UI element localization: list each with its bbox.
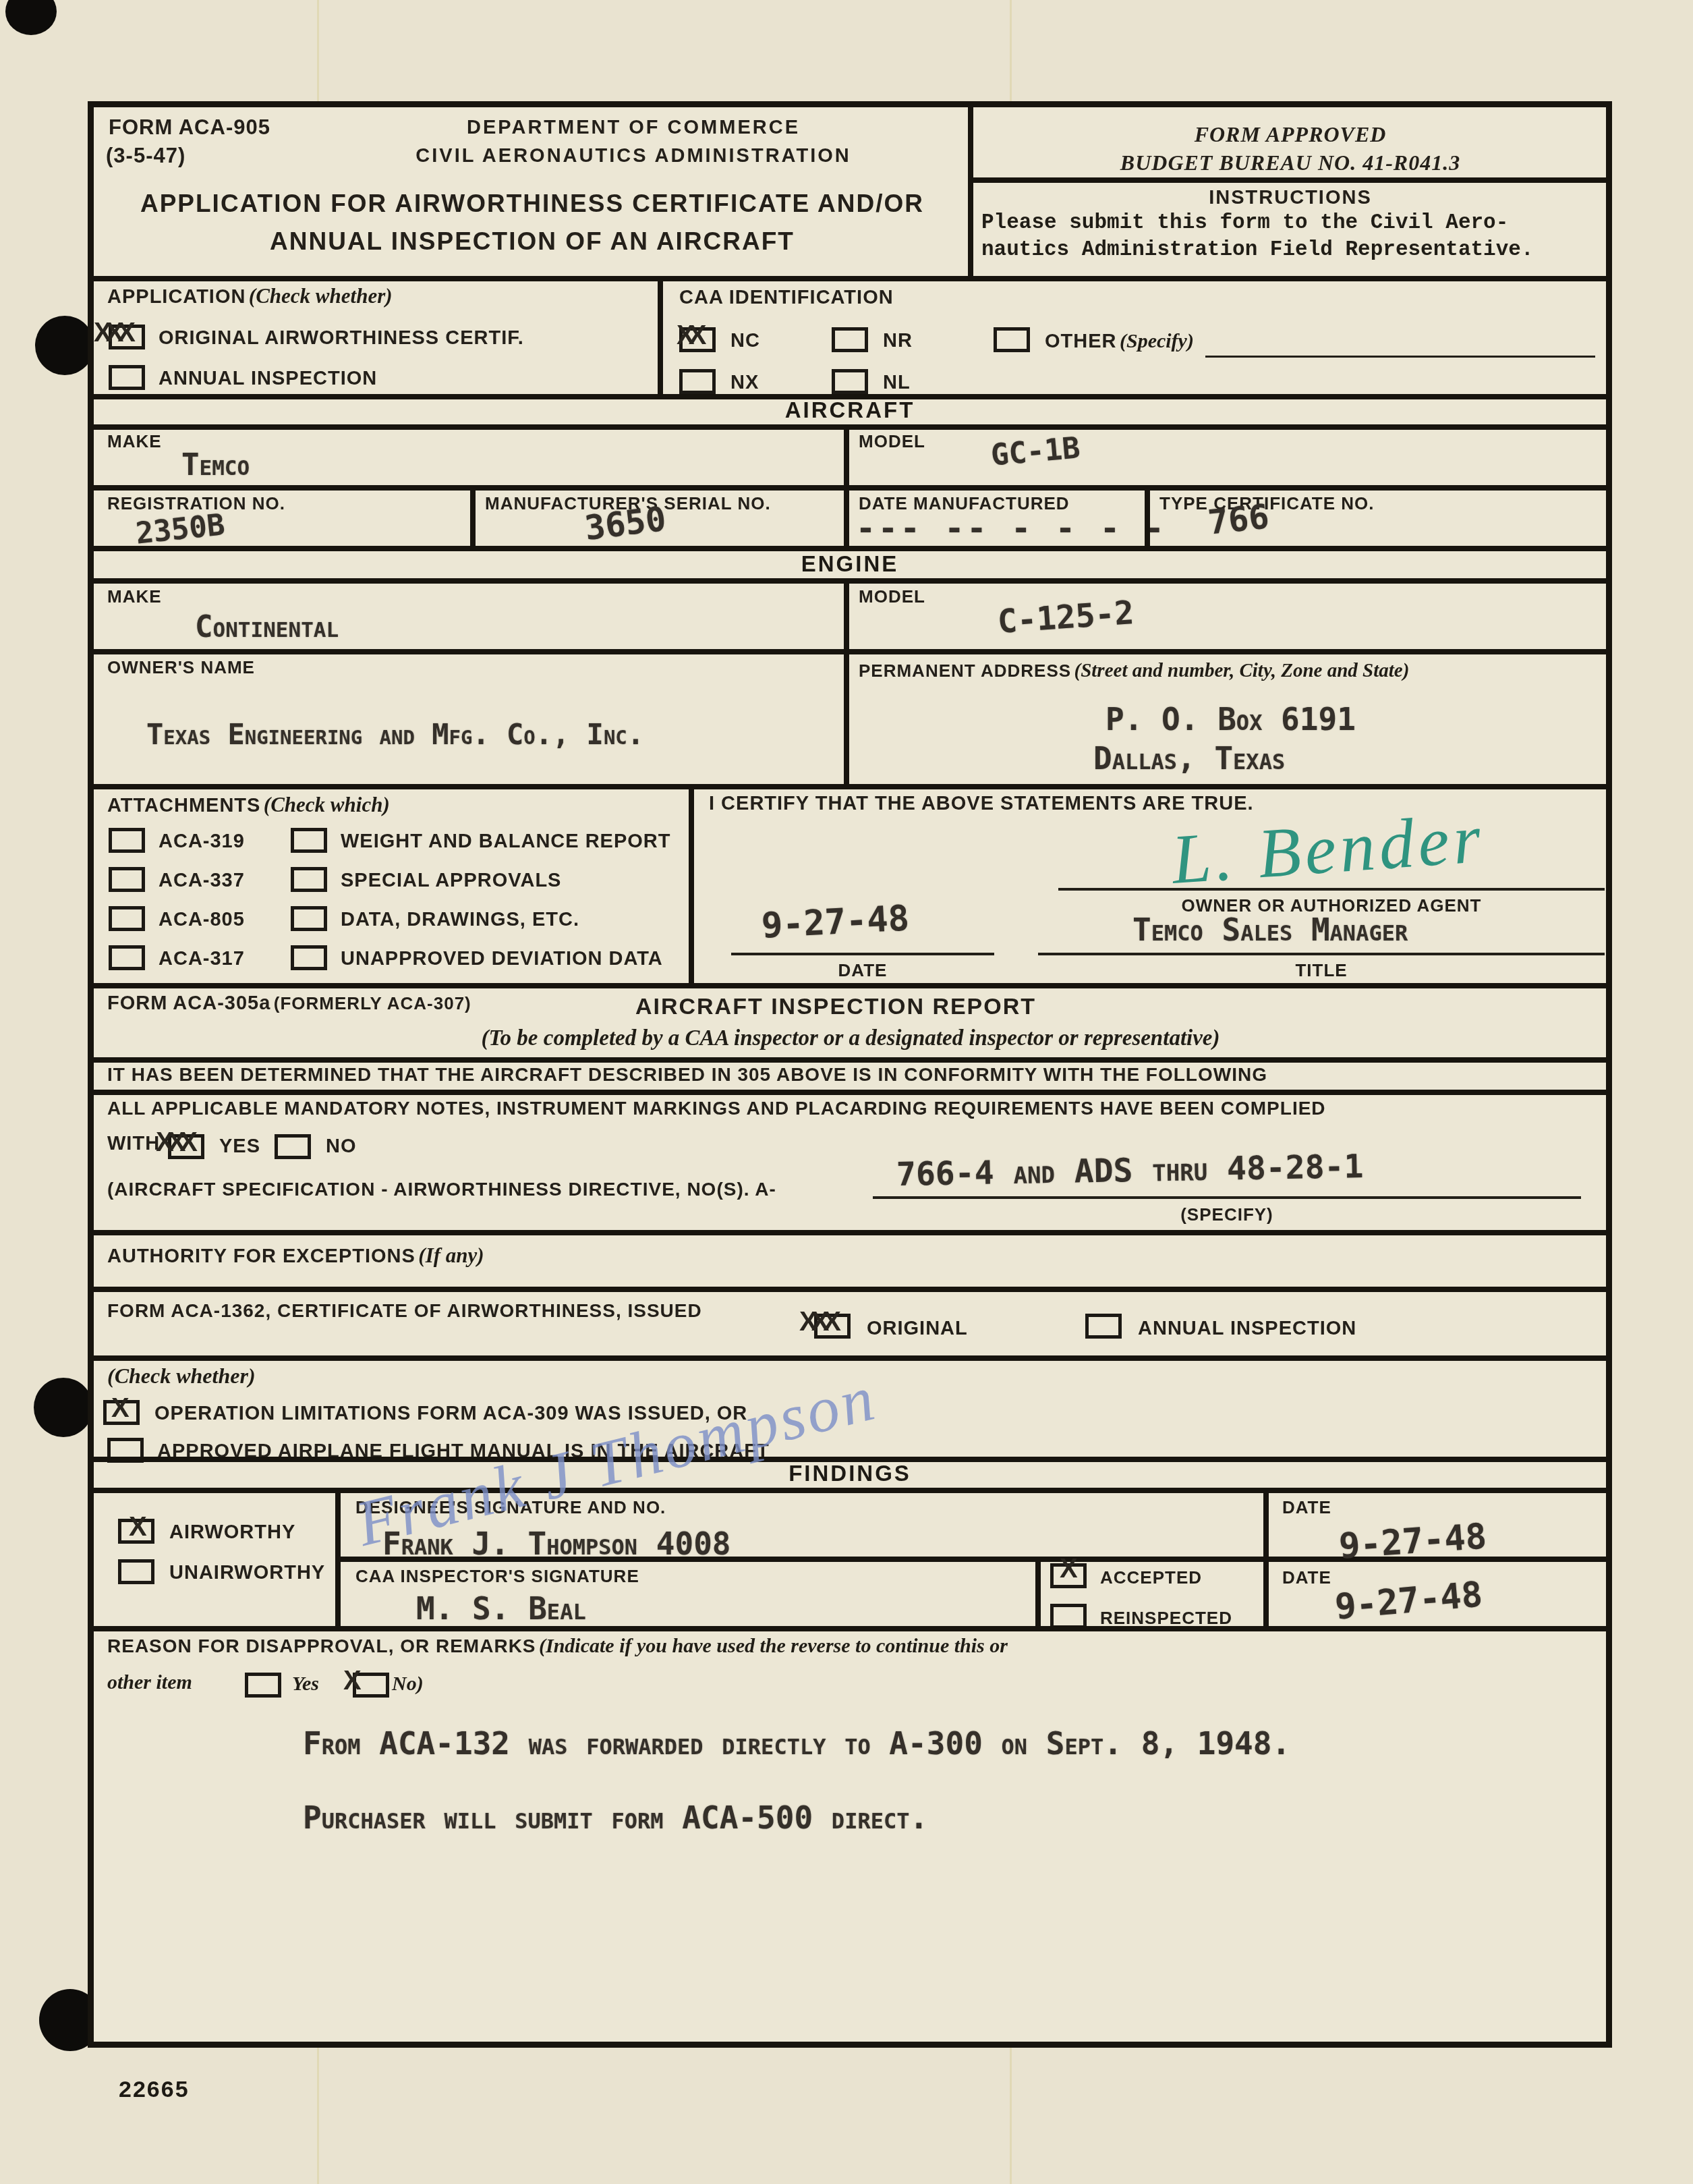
aircraft-row1-rule <box>94 485 1606 491</box>
remarks-no-checkmark: X <box>343 1666 355 1696</box>
certify-statement: I CERTIFY THAT THE ABOVE STATEMENTS ARE … <box>709 793 1254 815</box>
nc-label: NC <box>730 330 760 352</box>
certify-title-value: Temco Sales Manager <box>1132 912 1408 948</box>
unairworthy-checkbox <box>118 1559 154 1584</box>
nx-label: NX <box>730 372 759 394</box>
nl-label: NL <box>883 372 911 394</box>
owner-bottom-rule <box>94 784 1606 789</box>
data-drawings-label: DATA, DRAWINGS, ETC. <box>341 909 579 931</box>
aircraft-make-model-divider <box>844 424 849 485</box>
weight-balance-label: WEIGHT AND BALANCE REPORT <box>341 831 671 853</box>
aca-1362-line: FORM ACA-1362, CERTIFICATE OF AIRWORTHIN… <box>107 1300 702 1322</box>
inspector-date-value: 9-27-48 <box>1333 1575 1485 1628</box>
engine-model-label: MODEL <box>859 586 925 607</box>
spec-directive-line-rule <box>873 1196 1581 1199</box>
compliance-with-label: WITH <box>107 1133 160 1155</box>
remarks-yes-label: Yes <box>292 1673 319 1696</box>
compliance-yes-checkmark: XXX <box>156 1127 192 1158</box>
weight-balance-checkbox <box>291 828 327 853</box>
remarks-no-checkbox <box>353 1673 389 1698</box>
compliance-line: ALL APPLICABLE MANDATORY NOTES, INSTRUME… <box>107 1098 1326 1119</box>
findings-accepted-divider <box>1035 1557 1041 1626</box>
certification-bottom-rule <box>94 983 1606 988</box>
form-number: FORM ACA-905 <box>109 115 270 140</box>
scan-artifact-blob <box>5 0 57 35</box>
approved-box-divider <box>968 177 1606 183</box>
attachments-heading-group: ATTACHMENTS (Check which) <box>107 793 390 817</box>
other-label-group: OTHER (Specify) <box>1045 330 1194 353</box>
owner-address-divider <box>844 649 849 784</box>
remarks-note-line2: other item <box>107 1671 192 1694</box>
form-approved-line2: BUDGET BUREAU NO. 41-R041.3 <box>973 150 1607 175</box>
airworthy-checkmark: X <box>129 1512 141 1542</box>
punch-hole <box>35 316 94 375</box>
permanent-address-note: (Street and number, City, Zone and State… <box>1074 660 1410 681</box>
header-divider-vertical <box>968 107 973 279</box>
airworthy-label: AIRWORTHY <box>169 1521 295 1544</box>
address-line1: P. O. Box 6191 <box>1106 701 1356 737</box>
caa-inspector-signature-label: CAA INSPECTOR'S SIGNATURE <box>355 1566 639 1587</box>
compliance-yes-label: YES <box>219 1136 260 1158</box>
unapproved-deviation-label: UNAPPROVED DEVIATION DATA <box>341 948 663 970</box>
original-airworthiness-label: ORIGINAL AIRWORTHINESS CERTIF. <box>159 327 524 349</box>
attachments-heading: ATTACHMENTS <box>107 795 260 816</box>
form-title-line1: APPLICATION FOR AIRWORTHINESS CERTIFICAT… <box>94 190 971 218</box>
type-certificate-value: 766 <box>1206 497 1271 542</box>
remarks-no-label: No) <box>392 1673 424 1696</box>
spec-directive-line: (AIRCRAFT SPECIFICATION - AIRWORTHINESS … <box>107 1179 776 1200</box>
special-approvals-label: SPECIAL APPROVALS <box>341 870 561 892</box>
registration-serial-divider <box>470 485 476 546</box>
remarks-label: REASON FOR DISAPPROVAL, OR REMARKS <box>107 1635 536 1656</box>
certify-date-label: DATE <box>731 960 994 981</box>
engine-bottom-rule <box>94 649 1606 654</box>
scanned-document-page: { "colors":{"paper":"#ece7d5","ink":"#17… <box>0 0 1693 2184</box>
aircraft-make-label: MAKE <box>107 431 162 452</box>
annual-inspection-label: ANNUAL INSPECTION <box>159 368 377 390</box>
other-label: OTHER <box>1045 331 1117 352</box>
other-specify-note: (Specify) <box>1120 330 1194 352</box>
other-checkbox <box>994 327 1030 352</box>
aca-1362-bottom-rule <box>94 1355 1606 1361</box>
application-heading-note: (Check whether) <box>249 284 393 308</box>
owner-name-value: Texas Engineering and Mfg. Co., Inc. <box>146 718 644 751</box>
engine-section-title: ENGINE <box>94 551 1606 577</box>
aca-337-label: ACA-337 <box>159 870 245 892</box>
nr-checkbox <box>832 327 868 352</box>
original-airworthiness-checkmark: XXX <box>94 318 130 348</box>
designee-date-label: DATE <box>1282 1497 1331 1518</box>
form-aca-905: FORM ACA-905 (3-5-47) DEPARTMENT OF COMM… <box>88 101 1612 2048</box>
other-specify-line <box>1205 356 1595 358</box>
address-line2: Dallas, Texas <box>1093 740 1285 777</box>
caa-inspector-signature-value: M. S. Beal <box>416 1590 586 1627</box>
determined-line: IT HAS BEEN DETERMINED THAT THE AIRCRAFT… <box>107 1064 1267 1086</box>
nr-label: NR <box>883 330 913 352</box>
issued-original-checkmark: XXX <box>799 1307 835 1337</box>
nl-checkbox <box>832 369 868 394</box>
engine-make-label: MAKE <box>107 586 162 607</box>
permanent-address-label-group: PERMANENT ADDRESS (Street and number, Ci… <box>859 657 1587 688</box>
aca-337-checkbox <box>109 867 145 892</box>
instructions-line2: nautics Administration Field Representat… <box>981 238 1534 262</box>
annual-inspection-checkbox <box>109 365 145 390</box>
datemfd-typecert-divider <box>1145 485 1150 546</box>
issued-annual-checkbox <box>1085 1314 1122 1339</box>
certify-date-value: 9-27-48 <box>761 898 911 946</box>
special-approvals-checkbox <box>291 867 327 892</box>
engine-band-rule <box>94 578 1606 584</box>
aca-317-checkbox <box>109 945 145 970</box>
determined-bottom-rule <box>94 1090 1606 1095</box>
department-line1: DEPARTMENT OF COMMERCE <box>316 117 950 139</box>
unairworthy-label: UNAIRWORTHY <box>169 1562 325 1584</box>
form-revision-date: (3-5-47) <box>106 144 185 168</box>
authority-exceptions-group: AUTHORITY FOR EXCEPTIONS (If any) <box>107 1243 484 1268</box>
certify-title-label: TITLE <box>1038 960 1605 981</box>
owner-name-label: OWNER'S NAME <box>107 657 255 678</box>
certify-date-line <box>731 953 994 955</box>
application-caa-divider <box>658 276 663 394</box>
inspection-form-ref: FORM ACA-305a <box>107 992 270 1014</box>
remarks-note-line1: (Indicate if you have used the reverse t… <box>539 1635 1008 1657</box>
inspector-date-label: DATE <box>1282 1567 1331 1588</box>
aircraft-model-label: MODEL <box>859 431 925 452</box>
instructions-line1: Please submit this form to the Civil Aer… <box>981 211 1508 235</box>
form-approved-line1: FORM APPROVED <box>973 122 1607 147</box>
header-bottom-rule <box>94 276 1606 281</box>
punch-hole <box>34 1378 93 1437</box>
remarks-yes-checkbox <box>245 1673 281 1698</box>
attachments-certify-divider <box>689 784 694 983</box>
inspection-band-rule <box>94 1057 1606 1063</box>
remarks-line1: From ACA-132 was forwarded directly to A… <box>303 1725 1290 1762</box>
aircraft-section-title: AIRCRAFT <box>94 397 1606 423</box>
application-heading: APPLICATION (Check whether) <box>107 284 393 308</box>
issued-annual-label: ANNUAL INSPECTION <box>1138 1318 1356 1340</box>
specify-note: (SPECIFY) <box>873 1204 1581 1225</box>
engine-model-value: C-125-2 <box>996 594 1135 641</box>
issued-original-label: ORIGINAL <box>867 1318 968 1340</box>
aircraft-make-value: Temco <box>181 448 250 482</box>
aca-805-label: ACA-805 <box>159 909 245 931</box>
date-manufactured-value: --- -- - - - - <box>856 509 1167 547</box>
unapproved-deviation-checkbox <box>291 945 327 970</box>
compliance-no-label: NO <box>326 1136 357 1158</box>
check-whether-note: (Check whether) <box>107 1364 256 1389</box>
aca-805-checkbox <box>109 906 145 931</box>
aca-319-label: ACA-319 <box>159 831 245 853</box>
findings-band-rule <box>94 1488 1606 1493</box>
spec-bottom-rule <box>94 1230 1606 1235</box>
findings-bottom-rule <box>94 1626 1606 1631</box>
authority-exceptions-note: (If any) <box>418 1243 484 1267</box>
findings-section-title: FINDINGS <box>94 1461 1606 1486</box>
accepted-checkmark: X <box>1060 1554 1072 1584</box>
authority-exceptions-label: AUTHORITY FOR EXCEPTIONS <box>107 1245 415 1267</box>
aca-319-checkbox <box>109 828 145 853</box>
serial-datemfd-divider <box>844 485 849 546</box>
reinspected-checkbox <box>1050 1604 1087 1629</box>
remarks-heading-line1: REASON FOR DISAPPROVAL, OR REMARKS (Indi… <box>107 1635 1008 1658</box>
caa-identification-heading: CAA IDENTIFICATION <box>679 287 894 309</box>
accepted-label: ACCEPTED <box>1100 1567 1202 1588</box>
permanent-address-label: PERMANENT ADDRESS <box>859 661 1071 681</box>
spec-directive-value: 766-4 and ADS thru 48-28-1 <box>896 1148 1364 1194</box>
authority-bottom-rule <box>94 1287 1606 1292</box>
inspection-report-subtitle: (To be completed by a CAA inspector or a… <box>94 1026 1607 1051</box>
plate-number: 22665 <box>119 2077 190 2103</box>
inspection-report-title: AIRCRAFT INSPECTION REPORT <box>364 994 1308 1020</box>
certify-title-line <box>1038 953 1605 955</box>
nc-checkmark: XX <box>677 320 700 351</box>
engine-make-model-divider <box>844 578 849 649</box>
department-line2: CIVIL AERONAUTICS ADMINISTRATION <box>316 145 950 167</box>
form-title-line2: ANNUAL INSPECTION OF AN AIRCRAFT <box>94 227 971 256</box>
operation-limitations-checkmark: X <box>111 1393 123 1424</box>
compliance-no-checkbox <box>275 1134 311 1159</box>
attachments-heading-note: (Check which) <box>264 793 390 816</box>
engine-make-value: Continental <box>195 610 339 644</box>
data-drawings-checkbox <box>291 906 327 931</box>
instructions-heading: INSTRUCTIONS <box>973 187 1607 209</box>
aircraft-bottom-rule <box>94 546 1606 551</box>
aircraft-band-rule <box>94 424 1606 430</box>
aca-317-label: ACA-317 <box>159 948 245 970</box>
aircraft-model-value: GC-1B <box>989 430 1081 472</box>
remarks-line2: Purchaser will submit form ACA-500 direc… <box>303 1799 928 1836</box>
owner-signature-line <box>1058 888 1605 891</box>
nx-checkbox <box>679 369 716 394</box>
